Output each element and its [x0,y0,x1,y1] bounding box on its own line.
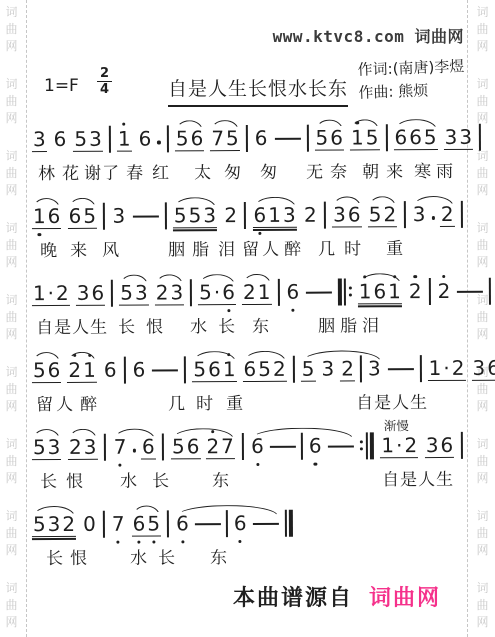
watermark-text: 词 [476,76,488,93]
notation-unit [104,436,106,461]
note-group: 23 [68,436,98,460]
note-group: 7 [113,436,128,458]
watermark-text: 词 [5,436,17,453]
note-group: 36 [332,203,362,227]
barline [479,124,481,151]
time-signature: 2 4 [97,67,112,96]
notation-unit: 561 [192,358,236,382]
barline [366,432,368,459]
barline [403,201,405,228]
watermark-column-left: 词曲网词曲网词曲网词曲网词曲网词曲网词曲网词曲网词曲网 [4,0,19,637]
watermark-text: 词 [476,220,488,237]
lyric-syllable: 胭 [168,235,185,260]
lyric-syllable: 水 [130,544,147,569]
notation-unit: 3 [111,205,126,227]
barline [461,432,463,459]
notation-unit: 652 [242,358,286,382]
lyric-syllable: 东 [252,312,269,337]
barline [338,279,342,306]
notation-unit [306,127,308,152]
lyric-syllable: 来 [386,157,403,182]
watermark-text: 曲 [5,21,17,38]
watermark-text: 网 [5,614,17,631]
note-group: 27 [205,435,235,459]
lyric-syllable: 长 [46,544,63,569]
lyric-syllable: 水 [120,467,137,492]
notation-unit [152,358,178,371]
lyric-syllable: 时 [344,234,361,259]
lyric-syllable: 是 [54,313,71,338]
notation-row: 1665355326132365232 [32,194,463,230]
score-line-5: 5323765627661·236长恨水长东自是人生渐慢 [32,425,463,504]
watermark-text: 网 [476,326,488,343]
lyric-syllable: 重 [386,234,403,259]
watermark-column-right: 词曲网词曲网词曲网词曲网词曲网词曲网词曲网词曲网词曲网 [475,0,490,637]
notation-unit: 0 [82,513,97,535]
watermark-text: 词 [5,220,17,237]
note-group: 15 [350,126,380,150]
watermark-text: 曲 [476,597,488,614]
notation-unit: 2 [408,280,423,302]
note-group: 0 [82,513,97,535]
notation-unit: 613 [252,204,296,228]
watermark-text: 曲 [5,525,17,542]
lyric-syllable: 谢 [84,159,101,184]
lyric-syllable: 脂 [192,235,209,260]
lyric-syllable: 几 [168,389,185,414]
watermark-text: 网 [476,38,488,55]
notation-unit [124,359,126,384]
notation-unit: 1 [117,128,132,152]
notation-unit: 33 [444,126,474,150]
barline [344,278,346,305]
watermark-text: 网 [5,110,17,127]
time-signature-denominator: 4 [97,83,112,96]
notation-row: 1·23653235·621616122 [32,271,463,307]
watermark-text: 词 [5,580,17,597]
lyric-syllable: 长 [158,543,175,568]
barline [370,432,374,459]
notation-unit [274,127,300,140]
note-group: 3 [111,205,126,227]
lyric-syllable: 重 [226,389,243,414]
watermark-text: 曲 [5,453,17,470]
score-line-2: 1665355326132365232晚来风胭脂泪留人醉几时重 [32,194,463,273]
watermark-text: 词 [5,508,17,525]
watermark-text: 曲 [5,165,17,182]
watermark-text: 网 [5,254,17,271]
repeat-end-barline [360,434,374,459]
dash-extension [253,523,279,525]
lyric-syllable: 无 [306,158,323,183]
watermark-text: 曲 [476,237,488,254]
score-line-1: 36531656756561566533林花谢了春红太匆匆无奈朝来寒雨 [32,117,463,196]
lyric-syllable: 泪 [218,235,235,260]
lyric-syllable: 生 [410,388,427,413]
notation-unit: 6 [254,127,269,149]
notation-unit: 1·2 [428,357,466,381]
notation-unit: 6 [53,128,68,150]
note-group: 6 [138,127,153,149]
barline [306,125,308,152]
notation-unit: 65 [68,205,98,229]
lyric-syllable: 自 [382,465,399,490]
barline [429,278,431,305]
barline [167,510,169,537]
notation-unit: 36 [76,282,106,306]
note-group: 6 [250,435,265,457]
watermark-text: 曲 [5,309,17,326]
dash-extension [152,369,178,371]
notation-unit [246,127,248,152]
notation-unit: 6 [132,359,147,381]
notation-unit: 15 [350,126,380,150]
notation-unit: 65 [132,512,162,536]
watermark-text: 曲 [5,237,17,254]
barline [103,203,105,230]
composer-credit: 作曲: 熊烦 [358,78,466,105]
lyric-syllable: 长 [218,312,235,337]
notation-unit: 2 [303,204,318,226]
note-group: 6 [132,359,147,381]
note-group: 532 [32,513,76,537]
note-group: 2 [437,280,452,302]
lyric-syllable: 匆 [224,158,241,183]
note-group: 6 [254,127,269,149]
note-group: 75 [210,127,240,151]
lyric-syllable: 东 [210,543,227,568]
lyric-syllable: 林 [38,159,55,184]
lyric-syllable: 人 [56,390,73,415]
notation-unit [324,204,326,229]
watermark-text: 词 [476,292,488,309]
lyric-syllable: 花 [62,159,79,184]
notation-unit [388,357,414,370]
notation-unit: 1·2 [380,434,418,458]
barline [124,357,126,384]
notation-unit: 56 [175,127,205,151]
watermark-text: 网 [5,326,17,343]
lyric-syllable: 长 [152,466,169,491]
key-signature: 1=F [44,76,79,96]
notation-unit [244,204,246,229]
notation-unit: 665 [393,126,437,150]
notation-row: 532076566 [32,502,463,538]
barline [184,356,186,383]
augmentation-dot [132,449,136,453]
barline [289,510,293,537]
notation-unit [420,357,422,382]
notation-unit [190,281,192,306]
lyric-syllable: 了 [102,159,119,184]
notation-unit: 532 [32,513,76,537]
note-group: 6 [308,435,323,457]
dash-extension [270,446,296,448]
dash-extension [328,445,354,447]
note-group: 2 [408,280,423,302]
notation-unit [241,435,243,460]
notation-unit: 23 [68,436,98,460]
barline [190,279,192,306]
barline [385,124,387,151]
watermark-text: 曲 [476,381,488,398]
note-group: 53 [119,282,149,306]
lyric-syllable: 人 [262,235,279,260]
note-group: 53 [32,436,62,460]
note-group: 65 [68,205,98,229]
notation-unit: 16 [32,205,62,229]
repeat-dots [360,440,363,450]
lyric-syllable: 恨 [146,312,163,337]
notation-unit [162,435,164,460]
dash-extension [274,138,300,140]
note-group: 6 [103,359,118,381]
lyric-syllable: 几 [318,235,335,260]
left-dashed-border [26,0,27,637]
barline [162,433,164,460]
repeat-start-barline [338,280,352,305]
lyric-syllable: 醉 [284,235,301,260]
barline [293,356,295,383]
note-group: 56 [32,359,62,383]
watermark-text: 曲 [5,597,17,614]
dash-extension [306,292,332,294]
lyric-syllable: 人 [418,465,435,490]
note-group: 36 [425,434,455,458]
lyric-syllable: 雨 [436,157,453,182]
watermark-text: 网 [476,542,488,559]
score-line-3: 1·23653235·621616122自是人生长恨水长东胭脂泪 [32,271,463,350]
lyric-syllable: 东 [212,466,229,491]
lyric-syllable: 生 [436,465,453,490]
dash-extension [388,368,414,370]
barline [226,510,228,537]
note-group: 652 [242,358,286,382]
barline [461,201,463,228]
note-group: 1·2 [32,282,70,306]
notation-unit: 21 [242,281,272,305]
lyric-syllable: 自 [36,313,53,338]
notation-unit: 53 [73,128,103,152]
notation-unit: 56 [314,126,344,150]
lyric-syllable: 醉 [80,390,97,415]
footer-site-name: 词曲网 [369,581,441,612]
lyricist-credit: 作词:(南唐)李煜 [357,55,465,82]
note-group: 6 [53,128,68,150]
lyric-syllable: 长 [40,467,57,492]
dash-extension [132,215,158,217]
final-barline [284,512,292,537]
notation-unit [132,204,158,217]
lyric-syllable: 朝 [362,157,379,182]
note-group: 65 [132,512,162,536]
notation-unit: 66 [250,434,354,460]
note-group: 2 [340,357,355,381]
notation-row: 36531656756561566533 [32,117,463,153]
lyric-syllable: 人 [392,388,409,413]
watermark-text: 网 [5,542,17,559]
notation-unit: 76 [113,435,156,459]
note-group: 7 [111,513,126,535]
watermark-text: 网 [476,182,488,199]
note-group: 52 [368,203,398,227]
watermark-text: 曲 [476,453,488,470]
dash-extension [195,523,221,525]
watermark-text: 曲 [5,381,17,398]
watermark-text: 网 [476,470,488,487]
watermark-text: 网 [476,398,488,415]
notation-unit: 2 [437,280,452,302]
watermark-text: 词 [5,292,17,309]
lyric-syllable: 时 [196,389,213,414]
notation-unit: 5627 [171,435,235,459]
lyric-syllable: 春 [126,159,143,184]
barline [246,125,248,152]
note-group: 36 [76,282,106,306]
note-group: 1·2 [380,434,418,458]
barline [360,355,362,382]
watermark-text: 曲 [5,93,17,110]
barline [284,510,286,537]
notation-unit [429,280,431,305]
note-group: 3 [32,128,47,152]
watermark-text: 网 [5,182,17,199]
notation-unit: 75 [210,127,240,151]
dash-extension [457,291,483,293]
watermark-text: 词 [5,364,17,381]
right-dashed-border [467,0,468,637]
lyric-syllable: 泪 [362,311,379,336]
notation-unit: 1·2 [32,282,70,306]
notation-row: 56216656165253231·236 [32,348,463,384]
note-group: 23 [155,281,185,305]
lyric-syllable: 风 [102,236,119,261]
notation-unit: 36 [425,434,455,458]
watermark-text: 网 [5,38,17,55]
note-group: 21 [67,359,97,383]
augmentation-dot [157,140,161,144]
barline [277,279,279,306]
note-group: 3 [320,358,335,380]
notation-unit: 3 [32,128,47,152]
notation-unit [457,280,483,293]
watermark-text: 词 [5,4,17,21]
watermark-text: 曲 [476,309,488,326]
watermark-text: 曲 [476,525,488,542]
notation-unit: 32 [412,203,455,227]
sheet-music-page: 词曲网词曲网词曲网词曲网词曲网词曲网词曲网词曲网词曲网 词曲网词曲网词曲网词曲网… [0,0,495,637]
watermark-text: 网 [5,470,17,487]
lyric-syllable: 太 [194,158,211,183]
lyric-syllable: 奈 [330,157,347,182]
watermark-text: 词 [476,436,488,453]
notation-unit [111,282,113,307]
notation-unit [284,512,292,537]
lyric-syllable: 胭 [318,312,335,337]
notation-unit [385,126,387,151]
note-group: 613 [252,204,296,228]
note-group: 6 [233,512,248,534]
notation-unit: 21 [67,359,97,383]
lyric-syllable: 恨 [66,467,83,492]
note-group: 3 [367,357,382,379]
note-group: 561 [192,358,236,382]
lyric-syllable: 自 [356,388,373,413]
notation-unit [277,281,279,306]
barline [241,433,243,460]
lyric-syllable: 寒 [414,157,431,182]
notation-unit: 66 [175,512,279,538]
note-group: 33 [444,126,474,150]
notation-unit [360,434,374,459]
barline [103,511,105,538]
barline [244,202,246,229]
note-group: 1·2 [428,357,466,381]
notation-unit [167,512,169,537]
note-group: 161 [358,280,402,304]
note-group: 3 [412,203,427,225]
notation-unit [489,280,491,305]
barline [109,126,111,153]
note-group: 53 [73,128,103,152]
barline [489,278,491,305]
notation-unit: 53 [32,436,62,460]
lyric-syllable: 红 [152,158,169,183]
notation-unit: 53 [119,282,149,306]
barline [301,433,303,460]
credits: 作词:(南唐)李煜 作曲: 熊烦 [357,55,465,105]
notation-unit [184,358,186,383]
note-group: 6 [141,435,156,459]
lyric-syllable: 脂 [340,311,357,336]
barline [420,355,422,382]
notation-unit: 23 [155,281,185,305]
barline [104,434,106,461]
lyric-syllable: 留 [242,235,259,260]
tempo-annotation: 渐慢 [384,416,409,434]
note-group: 6 [285,281,300,303]
watermark-text: 曲 [476,165,488,182]
notation-unit: 5·6 [198,281,236,305]
lyric-syllable: 是 [374,388,391,413]
lyric-syllable: 人 [72,313,89,338]
notation-unit [306,281,332,294]
note-group: 56 [314,126,344,150]
lyric-syllable: 来 [70,236,87,261]
watermark-text: 词 [476,580,488,597]
note-group: 21 [242,281,272,305]
note-group: 553 [173,204,217,228]
watermark-text: 网 [476,614,488,631]
score-line-6: 532076566长恨水长东 [32,502,463,581]
lyric-syllable: 匆 [260,158,277,183]
notation-unit [103,205,105,230]
lyric-syllable: 是 [400,465,417,490]
note-group: 56 [171,435,201,459]
watermark-text: 网 [5,398,17,415]
notation-unit [461,203,463,228]
notation-unit [109,128,111,153]
watermark-text: 网 [476,254,488,271]
watermark-text: 曲 [476,93,488,110]
notation-unit [403,203,405,228]
note-group: 2 [223,204,238,226]
note-group: 665 [393,126,437,150]
footer-source-text: 本曲谱源自 [233,581,353,612]
note-group: 5·6 [198,281,236,305]
notation-unit: 6 [285,281,300,303]
note-group: 2 [303,204,318,226]
